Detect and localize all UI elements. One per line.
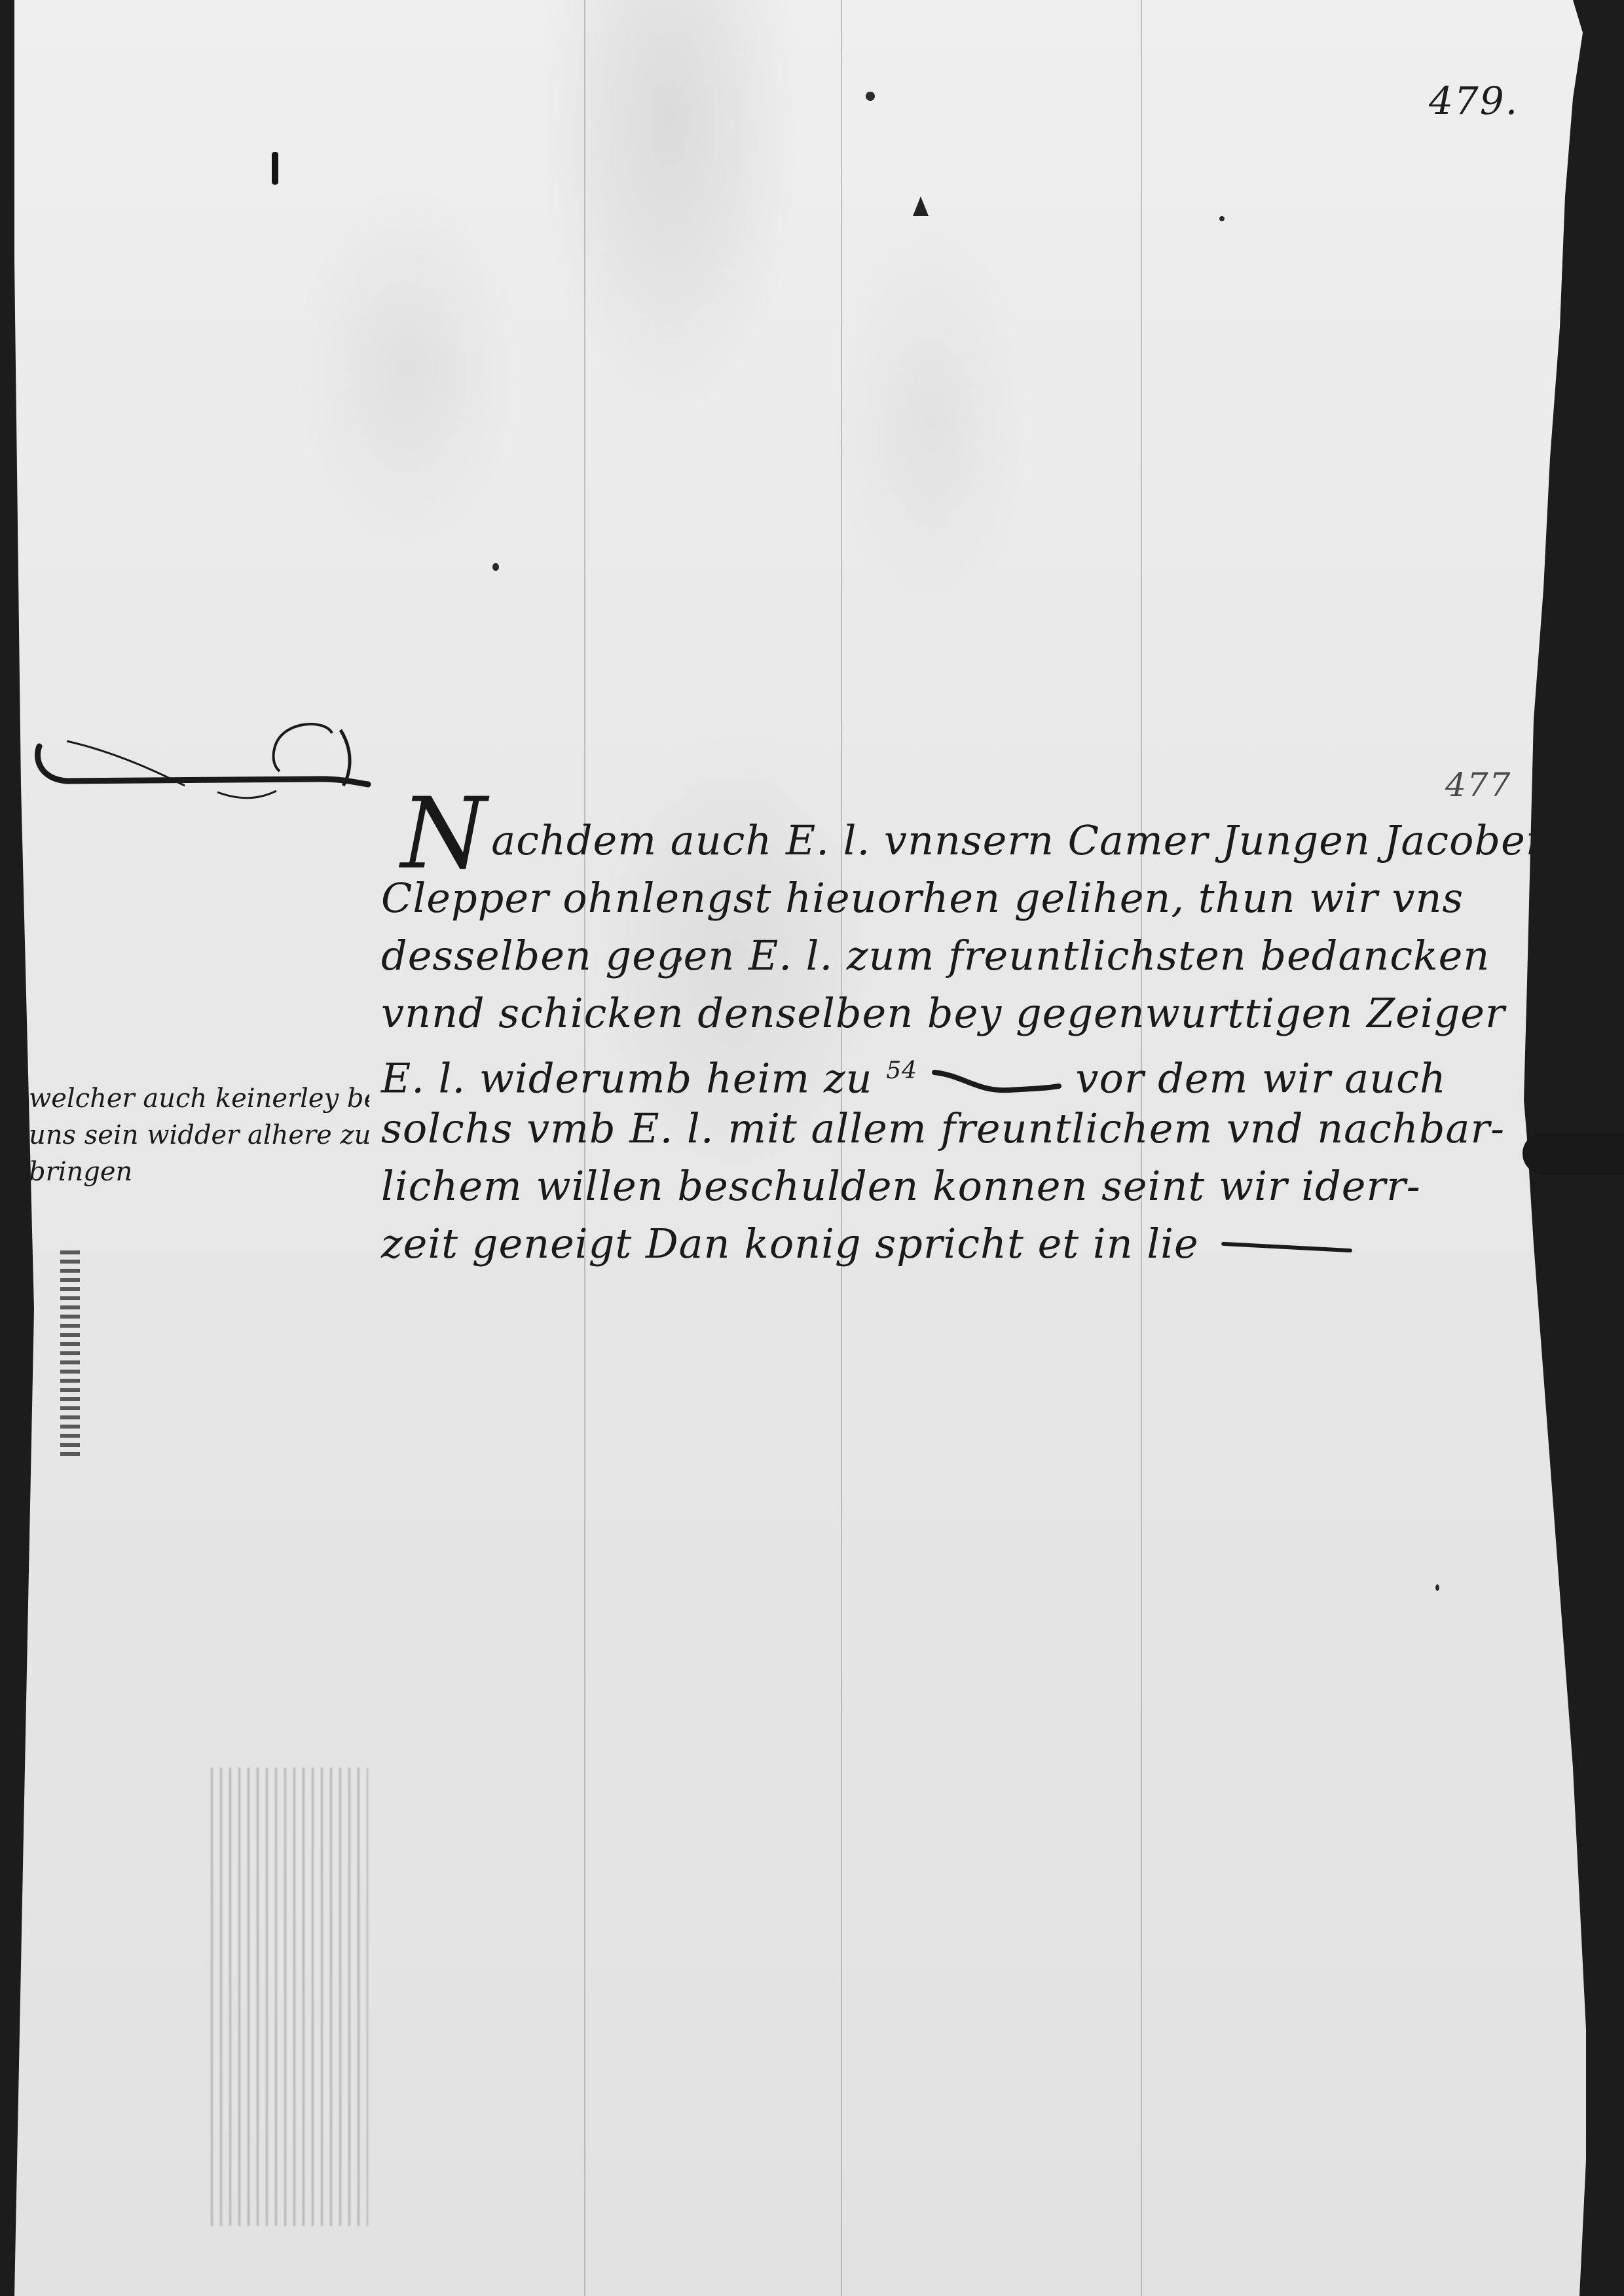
text-line-content: lichem willen beschulden konnen seint wi… [381, 1162, 1421, 1210]
text-line: lichem willen beschulden konnen seint wi… [381, 1157, 1521, 1215]
letter-body: Nachdem auch E. l. vnnsern Camer Jungen … [381, 812, 1521, 1273]
text-line-content: desselben gegen E. l. zum freuntlichsten… [381, 932, 1490, 979]
initial-flourish-icon [28, 714, 447, 812]
ink-speck [1435, 1584, 1439, 1591]
ink-bleed-stain [60, 1250, 80, 1460]
line-end-stroke [1221, 1242, 1352, 1252]
text-line-content: E. l. widerumb heim zu [381, 1055, 873, 1102]
text-line: E. l. widerumb heim zu 54 vor dem wir au… [381, 1042, 1521, 1100]
ink-bleed-stain [211, 1768, 368, 2226]
ink-speck [866, 92, 875, 101]
ink-speck [492, 563, 499, 571]
insertion-mark-icon [931, 1069, 1062, 1095]
margin-line: bringen [29, 1154, 369, 1190]
text-line: desselben gegen E. l. zum freuntlichsten… [381, 927, 1521, 985]
ink-speck [676, 956, 682, 962]
text-line: vnnd schicken denselben bey gegenwurttig… [381, 985, 1521, 1042]
margin-line: uns sein widder alhere zu [29, 1117, 369, 1154]
text-line-content: Clepper ohnlengst hieuorhen gelihen, thu… [381, 874, 1464, 922]
folio-number: 479. [1429, 79, 1519, 123]
text-line: Nachdem auch E. l. vnnsern Camer Jungen … [381, 812, 1521, 869]
text-line: Clepper ohnlengst hieuorhen gelihen, thu… [381, 869, 1521, 927]
page-tab-marker [1522, 1133, 1624, 1175]
ink-mark [272, 152, 278, 185]
text-line-content: vor dem wir auch [1075, 1055, 1446, 1102]
text-line-content: solchs vmb E. l. mit allem freuntlichem … [381, 1104, 1505, 1152]
ink-mark [913, 196, 929, 216]
text-line: zeit geneigt Dan konig spricht et in lie [381, 1215, 1521, 1273]
ink-speck [1219, 216, 1225, 221]
text-line: solchs vmb E. l. mit allem freuntlichem … [381, 1100, 1521, 1157]
manuscript-page: 479. 477 Nachdem auch E. l. vnnsern Came… [14, 0, 1612, 2296]
insertion-mark-label: 54 [886, 1057, 917, 1084]
old-folio-number: 477 [1445, 766, 1511, 804]
margin-line: welcher auch keinerley bey [29, 1080, 369, 1117]
margin-note: welcher auch keinerley bey uns sein widd… [29, 1080, 369, 1190]
text-line-content: achdem auch E. l. vnnsern Camer Jungen J… [491, 816, 1553, 864]
text-line-content: vnnd schicken denselben bey gegenwurttig… [381, 989, 1505, 1037]
text-line-content: zeit geneigt Dan konig spricht et in lie [381, 1220, 1199, 1267]
